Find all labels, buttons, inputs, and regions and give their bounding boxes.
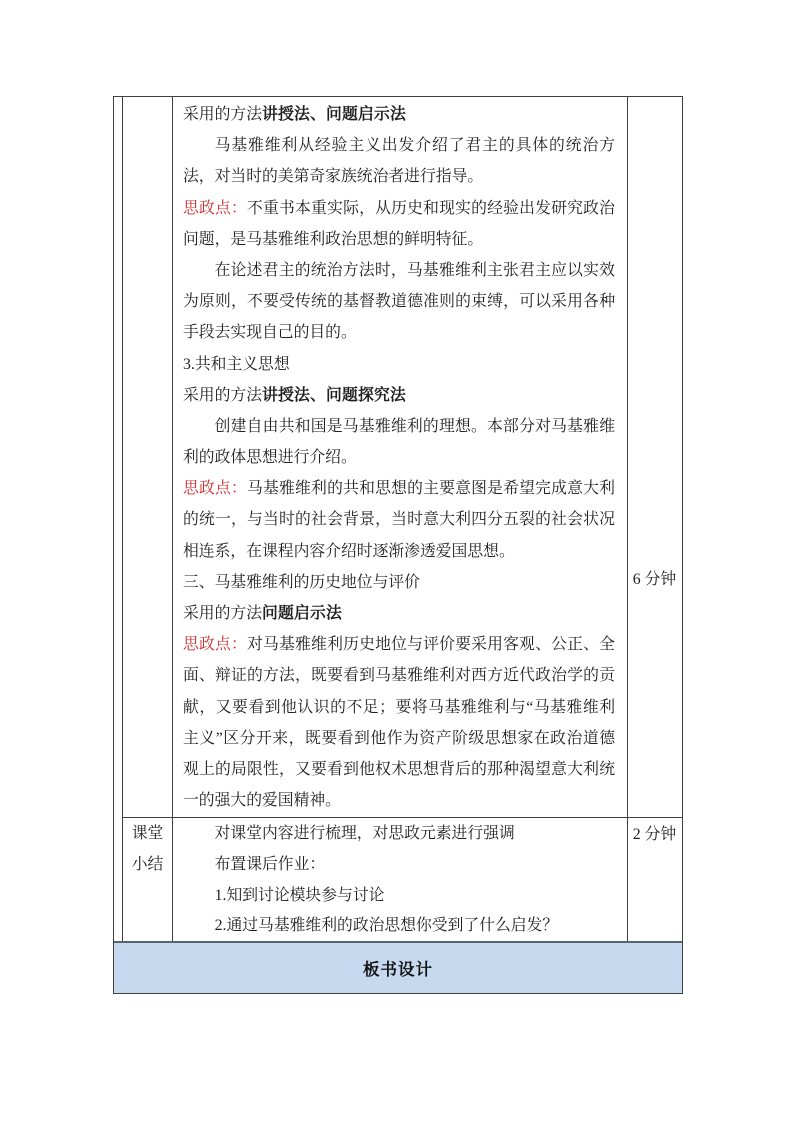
content-line: 采用的方法讲授法、问题启示法 (183, 99, 615, 130)
content-text: 三、马基雅维利的历史地位与评价 (183, 574, 420, 591)
content-line: 献，又要看到他认识的不足；要将马基雅维利与“马基雅维利 (183, 692, 615, 723)
content-line: 思政点：不重书本重实际，从历史和现实的经验出发研究政治 (183, 193, 615, 224)
content-text: 手段去实现自己的目的。 (183, 324, 357, 341)
content-line: 在论述君主的统治方法时，马基雅维利主张君主应以实效 (183, 255, 615, 286)
content-text: 相连系，在课程内容介绍时逐渐渗透爱国思想。 (183, 543, 515, 560)
summary-line: 2.通过马基雅维利的政治思想你受到了什么启发？ (183, 911, 615, 942)
content-line: 主义”区分开来，既要看到他作为资产阶级思想家在政治道德 (183, 723, 615, 754)
content-text: 一的强大的爱国精神。 (183, 792, 341, 809)
content-text: 创建自由共和国是马基雅维利的理想。本部分对马基雅维 (215, 418, 615, 435)
ideology-point-label: 思政点： (183, 200, 247, 217)
content-text: 马基雅维利从经验主义出发介绍了君主的具体的统治方 (215, 137, 615, 154)
content-line: 3.共和主义思想 (183, 349, 615, 380)
summary-row-header: 课堂 小结 (123, 818, 172, 881)
content-text: 面、辩证的方法，既要看到马基雅维利对西方近代政治学的贡 (183, 667, 615, 684)
content-line: 法，对当时的美第奇家族统治者进行指导。 (183, 161, 615, 192)
ideology-point-label: 思政点： (183, 636, 247, 653)
duration-2min: 2 分钟 (627, 819, 682, 850)
content-line: 利的政体思想进行介绍。 (183, 442, 615, 473)
summary-line: 1.知到讨论模块参与讨论 (183, 881, 615, 912)
summary-text: 1.知到讨论模块参与讨论 (215, 887, 385, 904)
content-line: 创建自由共和国是马基雅维利的理想。本部分对马基雅维 (183, 411, 615, 442)
method-name-bold: 讲授法、问题启示法 (262, 106, 406, 123)
summary-header-line1: 课堂 (123, 819, 172, 850)
column-divider-duration (627, 97, 628, 941)
document-page: 采用的方法讲授法、问题启示法马基雅维利从经验主义出发介绍了君主的具体的统治方法，… (0, 0, 794, 1123)
content-line: 为原则，不要受传统的基督教道德准则的束缚，可以采用各种 (183, 286, 615, 317)
content-text: 问题，是马基雅维利政治思想的鲜明特征。 (183, 231, 483, 248)
summary-text: 对课堂内容进行梳理，对思政元素进行强调 (215, 825, 515, 842)
board-design-label: 板书设计 (363, 956, 433, 980)
summary-text: 2.通过马基雅维利的政治思想你受到了什么启发？ (215, 917, 559, 934)
content-text: 观上的局限性，又要看到他权术思想背后的那种渴望意大利统 (183, 761, 615, 778)
content-line: 思政点：对马基雅维利历史地位与评价要采用客观、公正、全 (183, 629, 615, 660)
content-text: 采用的方法 (183, 605, 262, 622)
content-line: 相连系，在课程内容介绍时逐渐渗透爱国思想。 (183, 536, 615, 567)
content-line: 观上的局限性，又要看到他权术思想背后的那种渴望意大利统 (183, 754, 615, 785)
content-text: 采用的方法 (183, 387, 262, 404)
content-line: 采用的方法问题启示法 (183, 598, 615, 629)
summary-header-line2: 小结 (123, 850, 172, 881)
method-name-bold: 问题启示法 (262, 605, 342, 622)
class-summary-cell: 对课堂内容进行梳理，对思政元素进行强调布置课后作业：1.知到讨论模块参与讨论2.… (173, 818, 627, 942)
content-line: 采用的方法讲授法、问题探究法 (183, 380, 615, 411)
method-name-bold: 讲授法、问题探究法 (262, 387, 406, 404)
board-design-banner: 板书设计 (114, 941, 682, 993)
content-text: 马基雅维利的共和思想的主要意图是希望完成意大利 (247, 480, 615, 497)
content-text: 的统一，与当时的社会背景，当时意大利四分五裂的社会状况 (183, 511, 615, 528)
content-line: 一的强大的爱国精神。 (183, 785, 615, 816)
content-text: 在论述君主的统治方法时，马基雅维利主张君主应以实效 (215, 262, 615, 279)
summary-line: 布置课后作业： (183, 850, 615, 881)
content-line: 马基雅维利从经验主义出发介绍了君主的具体的统治方 (183, 130, 615, 161)
teaching-process-cell: 采用的方法讲授法、问题启示法马基雅维利从经验主义出发介绍了君主的具体的统治方法，… (173, 97, 627, 816)
content-text: 不重书本重实际，从历史和现实的经验出发研究政治 (247, 200, 615, 217)
content-text: 采用的方法 (183, 106, 262, 123)
duration-6min: 6 分钟 (627, 564, 682, 595)
content-text: 献，又要看到他认识的不足；要将马基雅维利与“马基雅维利 (183, 699, 615, 716)
lesson-plan-table: 采用的方法讲授法、问题启示法马基雅维利从经验主义出发介绍了君主的具体的统治方法，… (113, 96, 683, 994)
content-text: 利的政体思想进行介绍。 (183, 449, 357, 466)
summary-text: 布置课后作业： (215, 856, 326, 873)
content-text: 主义”区分开来，既要看到他作为资产阶级思想家在政治道德 (183, 730, 615, 747)
column-divider-strip (122, 97, 123, 941)
content-text: 为原则，不要受传统的基督教道德准则的束缚，可以采用各种 (183, 293, 615, 310)
ideology-point-label: 思政点： (183, 480, 247, 497)
content-text: 对马基雅维利历史地位与评价要采用客观、公正、全 (247, 636, 615, 653)
content-text: 法，对当时的美第奇家族统治者进行指导。 (183, 168, 483, 185)
content-line: 问题，是马基雅维利政治思想的鲜明特征。 (183, 224, 615, 255)
content-line: 思政点：马基雅维利的共和思想的主要意图是希望完成意大利 (183, 473, 615, 504)
content-line: 三、马基雅维利的历史地位与评价 (183, 567, 615, 598)
content-line: 手段去实现自己的目的。 (183, 317, 615, 348)
content-line: 的统一，与当时的社会背景，当时意大利四分五裂的社会状况 (183, 504, 615, 535)
content-line: 面、辩证的方法，既要看到马基雅维利对西方近代政治学的贡 (183, 660, 615, 691)
content-text: 3.共和主义思想 (183, 356, 290, 373)
summary-line: 对课堂内容进行梳理，对思政元素进行强调 (183, 819, 615, 850)
